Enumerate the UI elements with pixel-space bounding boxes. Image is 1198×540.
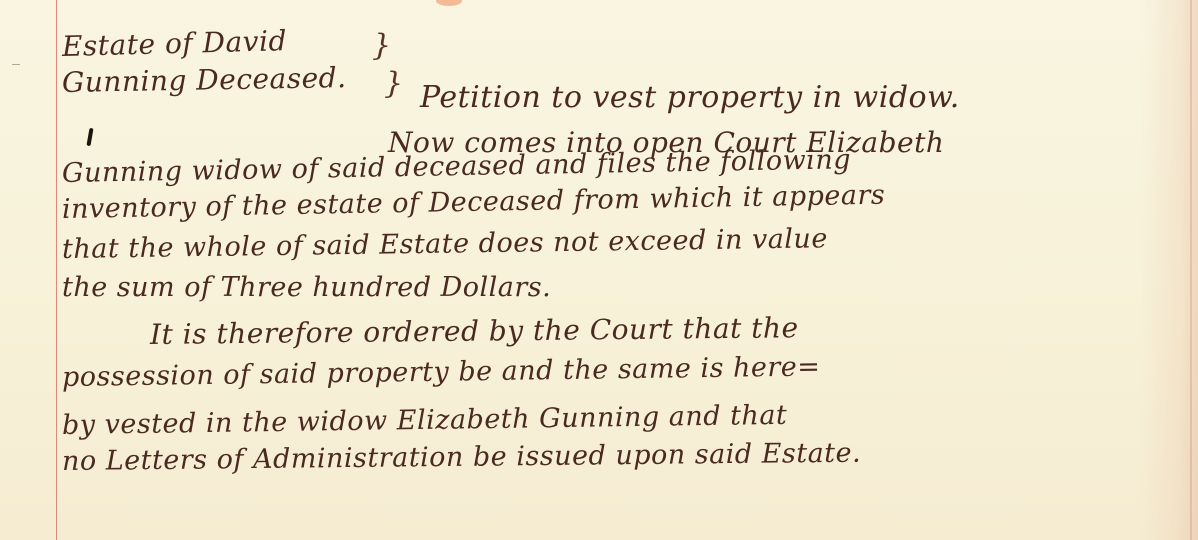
brace-icon: } <box>372 28 391 63</box>
body-line-7: possession of said property be and the s… <box>62 351 821 393</box>
ink-mark <box>86 128 93 146</box>
margin-rule <box>56 0 57 540</box>
brace-icon: } <box>384 66 403 101</box>
body-line-8: by vested in the widow Elizabeth Gunning… <box>62 400 788 441</box>
body-line-4: that the whole of said Estate does not e… <box>62 223 828 265</box>
body-line-9: no Letters of Administration be issued u… <box>62 438 861 477</box>
body-line-6: It is therefore ordered by the Court tha… <box>150 311 799 351</box>
ink-stain <box>436 0 462 6</box>
caption-line-1: Estate of David <box>62 24 288 63</box>
ledger-page: Estate of David } Gunning Deceased. } Pe… <box>0 0 1198 540</box>
body-line-5: the sum of Three hundred Dollars. <box>62 272 551 303</box>
entry-title: Petition to vest property in widow. <box>420 80 960 115</box>
margin-tick <box>12 64 20 65</box>
page-edge <box>1190 0 1192 540</box>
caption-line-2: Gunning Deceased. <box>62 61 347 99</box>
